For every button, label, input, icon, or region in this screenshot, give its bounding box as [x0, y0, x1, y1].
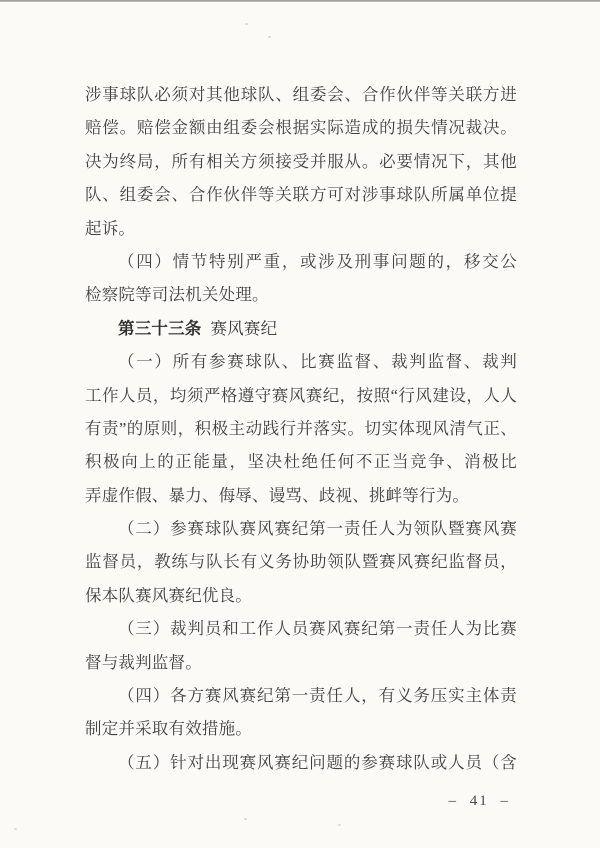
text-line: （一）所有参赛球队、比赛监督、裁判监督、裁判员、: [85, 345, 517, 378]
text-line: （三）裁判员和工作人员赛风赛纪第一责任人为比赛监: [85, 612, 517, 645]
text-line: 起诉。: [85, 212, 517, 245]
text-line: （二）参赛球队赛风赛纪第一责任人为领队暨赛风赛纪: [85, 512, 517, 545]
text-line: 检察院等司法机关处理。: [85, 278, 517, 311]
text-line: 涉事球队必须对其他球队、组委会、合作伙伴等关联方进行: [85, 78, 517, 111]
scan-speck: [245, 23, 248, 25]
article-heading: 第三十三条赛风赛纪: [85, 312, 517, 345]
text-line: 有责”的原则，积极主动践行并落实。切实体现风清气正、: [85, 412, 517, 445]
text-line: （五）针对出现赛风赛纪问题的参赛球队或人员（含竞: [85, 746, 517, 779]
scan-speck: [14, 828, 17, 830]
document-body: 涉事球队必须对其他球队、组委会、合作伙伴等关联方进行赔偿。赔偿金额由组委会根据实…: [85, 78, 517, 779]
text-line: 监督员，教练与队长有义务协助领队暨赛风赛纪监督员，确: [85, 545, 517, 578]
text-line: 积极向上的正能量，坚决杜绝任何不正当竞争、消极比赛、: [85, 445, 517, 478]
text-line: 赔偿。赔偿金额由组委会根据实际造成的损失情况裁决。裁: [85, 111, 517, 144]
text-line: 制定并采取有效措施。: [85, 712, 517, 745]
text-line: 督与裁判监督。: [85, 646, 517, 679]
scan-edge-artifact: [0, 0, 600, 2]
article-title: 赛风赛纪: [211, 319, 278, 338]
text-line: 弄虚作假、暴力、侮辱、谩骂、歧视、挑衅等行为。: [85, 479, 517, 512]
scan-speck: [338, 824, 341, 826]
text-line: 工作人员，均须严格遵守赛风赛纪，按照“行风建设，人人: [85, 379, 517, 412]
text-line: 决为终局，所有相关方须接受并服从。必要情况下，其他球: [85, 145, 517, 178]
document-page: 涉事球队必须对其他球队、组委会、合作伙伴等关联方进行赔偿。赔偿金额由组委会根据实…: [0, 0, 600, 848]
article-number: 第三十三条: [118, 319, 202, 338]
text-line: 队、组委会、合作伙伴等关联方可对涉事球队所属单位提出: [85, 178, 517, 211]
text-line: （四）各方赛风赛纪第一责任人，有义务压实主体责任，: [85, 679, 517, 712]
page-number: – 41 –: [449, 793, 511, 810]
text-line: 保本队赛风赛纪优良。: [85, 579, 517, 612]
scan-speck: [268, 36, 271, 38]
scan-speck: [244, 818, 247, 820]
text-line: （四）情节特别严重，或涉及刑事问题的，移交公安、: [85, 245, 517, 278]
